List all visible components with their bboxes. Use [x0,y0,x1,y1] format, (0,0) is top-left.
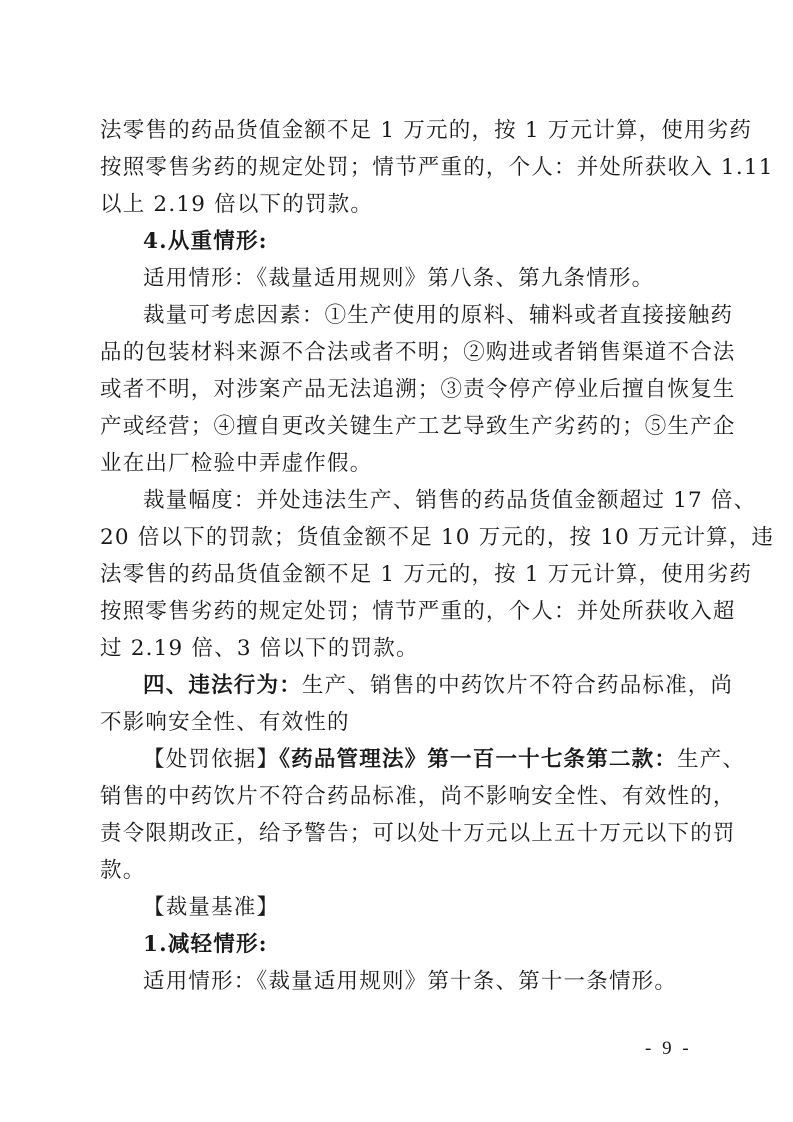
text-line: 以上 2.19 倍以下的罚款。 [100,186,700,223]
penalty-basis-law: 《药品管理法》第一百一十七条第二款： [279,747,677,772]
penalty-basis-line-3: 责令限期改正，给予警告；可以处十万元以上五十万元以下的罚 [100,815,700,852]
text-line: 裁量可考虑因素：①生产使用的原料、辅料或者直接接触药 [100,297,700,334]
penalty-basis-line-4: 款。 [100,852,700,889]
text-line: 裁量幅度：并处违法生产、销售的药品货值金额超过 17 倍、 [100,482,700,519]
criteria-heading: 【裁量基准】 [100,889,700,926]
section-heading-line-2: 不影响安全性、有效性的 [100,704,700,741]
paragraph-block-top: 法零售的药品货值金额不足 1 万元的，按 1 万元计算，使用劣药按照零售劣药的规… [100,112,700,667]
mitigation-applicable-line: 适用情形：《裁量适用规则》第十条、第十一条情形。 [100,963,700,1000]
text-line: 20 倍以下的罚款；货值金额不足 10 万元的，按 10 万元计算，违 [100,519,700,556]
text-line: 品的包装材料来源不合法或者不明；②购进或者销售渠道不合法 [100,334,700,371]
text-line: 或者不明，对涉案产品无法追溯；③责令停产停业后擅自恢复生 [100,371,700,408]
penalty-basis-bracket: 【处罚依据】 [143,747,279,772]
text-line: 按照零售劣药的规定处罚；情节严重的，个人：并处所获收入超 [100,593,700,630]
section-heading-line-1: 四、违法行为：生产、销售的中药饮片不符合药品标准，尚 [100,667,700,704]
section-heading-text: 生产、销售的中药饮片不符合药品标准，尚 [302,673,733,698]
text-line: 4.从重情形: [100,223,700,260]
text-line: 过 2.19 倍、3 倍以下的罚款。 [100,630,700,667]
text-line: 业在出厂检验中弄虚作假。 [100,445,700,482]
text-line: 适用情形：《裁量适用规则》第八条、第九条情形。 [100,260,700,297]
mitigation-heading: 1.减轻情形: [100,926,700,963]
text-line: 按照零售劣药的规定处罚；情节严重的，个人：并处所获收入 1.11 [100,149,700,186]
page-number: - 9 - [645,1038,692,1060]
penalty-basis-line-1: 【处罚依据】《药品管理法》第一百一十七条第二款：生产、 [100,741,700,778]
penalty-basis-line-2: 销售的中药饮片不符合药品标准，尚不影响安全性、有效性的， [100,778,700,815]
document-page: 法零售的药品货值金额不足 1 万元的，按 1 万元计算，使用劣药按照零售劣药的规… [100,112,700,1000]
section-heading-bold: 四、违法行为： [143,673,302,698]
text-line: 法零售的药品货值金额不足 1 万元的，按 1 万元计算，使用劣药 [100,556,700,593]
text-line: 法零售的药品货值金额不足 1 万元的，按 1 万元计算，使用劣药 [100,112,700,149]
text-line: 产或经营；④擅自更改关键生产工艺导致生产劣药的；⑤生产企 [100,408,700,445]
penalty-basis-text: 生产、 [677,747,745,772]
